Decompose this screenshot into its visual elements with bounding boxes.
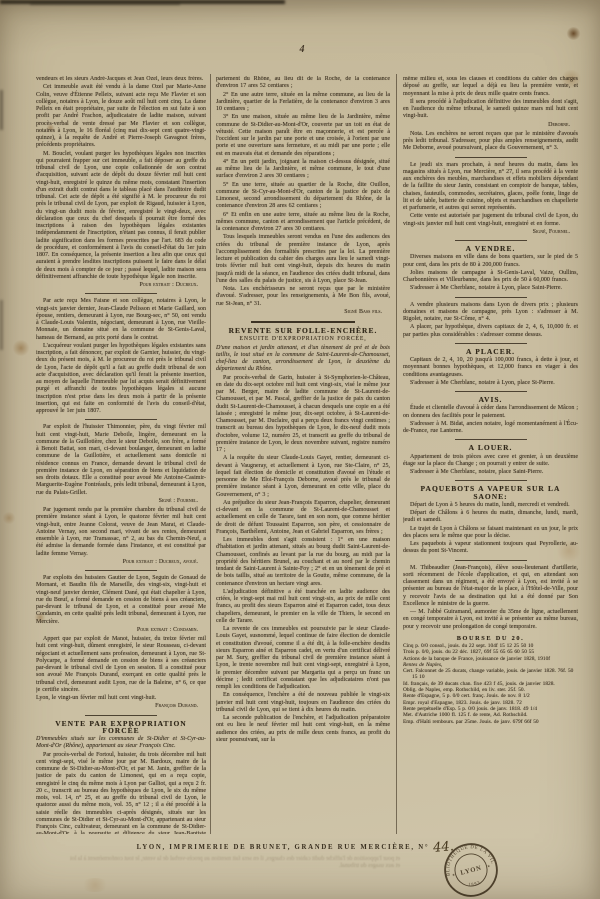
body-paragraph: La revente de ces immeubles est poursuiv… [216, 626, 390, 691]
imprint-text: LYON, IMPRIMERIE DE BRUNET, GRANDE RUE M… [137, 844, 430, 851]
body-paragraph: 5° En une terre, située au quartier de l… [216, 182, 390, 211]
section-heading: REVENTE SUR FOLLE-ENCHÈRE. [216, 327, 390, 334]
section-divider [251, 321, 355, 323]
section-heading: A PLACER. [403, 348, 578, 355]
page-number: 4 [290, 44, 314, 55]
page-edge-nick [0, 300, 3, 350]
body-paragraph: partement du Rhône, au lieu dit de la Ro… [216, 76, 390, 91]
signature-line: Signé Bass fils. [216, 309, 390, 316]
body-paragraph: Diverses maisons en ville dans de bons q… [403, 254, 578, 269]
body-paragraph: même milieu et, sous les clauses et cond… [403, 76, 578, 98]
signature-line: Pour extrait : Ducreux, avoué. [36, 559, 206, 566]
section-divider [455, 157, 527, 158]
body-paragraph: L'adjudication définitive a été tranchée… [216, 589, 390, 625]
stamp-center-text: LYON [460, 865, 483, 877]
section-heading: A LOUER. [403, 444, 578, 451]
body-paragraph: 6° Et enfin en une autre terre, située a… [216, 212, 390, 234]
verso-show-through: et pour l'apposition de l'affiche dudit … [70, 856, 400, 870]
body-paragraph: Les immeubles dont s'agit consistent : 1… [216, 537, 390, 588]
body-paragraph: Le trajet de Lyon à Châlons se faisant m… [403, 526, 578, 541]
signature-line: Signé, Fournel. [403, 229, 578, 236]
body-paragraph: A placer, par hypothèque, divers capitau… [403, 324, 578, 339]
foxing-spot [566, 27, 581, 40]
column-right: même milieu et, sous les clauses et cond… [403, 76, 578, 834]
column-divider [210, 74, 211, 834]
body-paragraph: S'adresser à Me Cherblanc, notaire à Lyo… [403, 285, 578, 292]
body-paragraph: Par exploit de l'huissier Thimonnier, pè… [36, 424, 206, 497]
column-left: vendeurs et les sieurs André-Jacques et … [36, 76, 206, 834]
signature-line: Signé : Fournel. [36, 498, 206, 505]
body-paragraph: Appartement de trois pièces avec cave et… [403, 454, 578, 469]
body-paragraph: S'adresser à Me Cherblanc, notaire à Lyo… [403, 380, 578, 387]
column-middle: partement du Rhône, au lieu dit de la Ro… [216, 76, 390, 834]
body-paragraph: En conséquence, l'enchère a été de nouve… [216, 692, 390, 714]
body-paragraph: — M. l'abbé Guiramand, aumonier du 35me … [403, 609, 578, 631]
body-paragraph: 3° En une maison, située au même lieu de… [216, 114, 390, 158]
body-paragraph: Capitaux de 2, 4, 10, 20 jusqu'à 100,000… [403, 357, 578, 379]
column-divider [396, 74, 397, 834]
body-paragraph: Jolies maisons de campagne à St-Genis-La… [403, 270, 578, 285]
page-edge-nick [0, 90, 3, 130]
body-paragraph: La seconde publication de l'enchère, et … [216, 715, 390, 744]
body-paragraph: vendeurs et les sieurs André-Jacques et … [36, 76, 206, 83]
stamp-year-text: 1893 [467, 879, 481, 888]
body-paragraph: Cette vente est autorisée par jugement d… [403, 213, 578, 228]
imprint-line: LYON, IMPRIMERIE DE BRUNET, GRANDE RUE M… [0, 838, 590, 853]
section-subtitle: D'une maison et jardin attenant, et d'un… [216, 345, 390, 374]
body-paragraph: Il sera procédé à l'adjudication définit… [403, 99, 578, 121]
section-divider [85, 419, 157, 420]
body-paragraph: Le jeudi six mars prochain, à neuf heure… [403, 162, 578, 213]
body-paragraph: Étude et clientelle d'avoué à céder dans… [403, 405, 578, 420]
section-divider [85, 570, 157, 571]
body-paragraph: Cet immeuble avait été vendu à la dame O… [36, 84, 206, 149]
body-paragraph: Par acte reçu Mes Faisne et son collègue… [36, 298, 206, 342]
page-edge-shadow [0, 0, 285, 4]
body-paragraph: M. Thibeaudier (Jean-François), élève so… [403, 565, 578, 609]
page-edge-shadow [30, 3, 180, 5]
foxing-spot [12, 340, 30, 356]
body-paragraph: Appert que par exploit de Manot, huissie… [36, 636, 206, 694]
section-heading: PAQUEBOTS A VAPEUR SUR LA SAONE: [403, 485, 578, 500]
foxing-spot [2, 512, 16, 524]
signature-line: Pour extrait : Condamin. [36, 627, 206, 634]
section-divider [85, 715, 157, 716]
bourse-quote-line: Cert. Falconnet de 25 ducats, change var… [403, 668, 578, 681]
body-paragraph: Lyon, le vingt-un février mil huit cent … [36, 695, 206, 702]
section-divider [455, 297, 527, 298]
body-paragraph: Par procès-verbal de Garin, huissier à S… [216, 375, 390, 455]
body-paragraph: S'adresser à M. Bidat, ancien notaire, l… [403, 421, 578, 436]
section-subtitle: D'immeubles situés sur les communes de S… [36, 736, 206, 751]
body-paragraph: Par exploits des huissiers Gautier de Ly… [36, 575, 206, 626]
body-paragraph: Nota. Les enchères ne seront reçues que … [403, 131, 578, 153]
signature-line: Deborne. [403, 122, 578, 129]
body-paragraph: Par jugement rendu par la première chamb… [36, 507, 206, 558]
section-subtitle: ENSUITE D'EXPROPRIATION FORCÉE, [216, 336, 390, 343]
body-paragraph: Au préjudice du sieur Jean-François Espa… [216, 500, 390, 536]
body-paragraph: 2° En une autre terre, située en la même… [216, 92, 390, 114]
signature-line: Pour extrait : Ducreux. [36, 282, 206, 289]
body-paragraph: L'acquéreur voulant purger les hypothèqu… [36, 343, 206, 416]
section-heading: VENTE PAR EXPROPRIATION FORCÉE [36, 720, 206, 735]
section-divider [455, 391, 527, 392]
newspaper-page: 4 vendeurs et les sieurs André-Jacques e… [0, 0, 600, 899]
body-paragraph: S'adresser à Me Cherblanc, notaire, plac… [403, 469, 578, 476]
section-heading: BOURSE DU 20. [403, 635, 578, 642]
body-paragraph: Par procès-verbal de Fortoul, huissier, … [36, 752, 206, 835]
body-paragraph: Tous lesquels immeubles seront vendus en… [216, 234, 390, 285]
body-paragraph: A la requête du sieur Claude-Louis Gayet… [216, 455, 390, 499]
body-paragraph: Les paquebots à vapeur stationnent toujo… [403, 541, 578, 556]
section-divider [455, 560, 527, 561]
body-paragraph: Départ de Châlons à 6 heures du matin, d… [403, 510, 578, 525]
body-paragraph: A vendre plusieurs maisons dans Lyon de … [403, 302, 578, 324]
section-heading: AVIS. [403, 396, 578, 403]
body-paragraph: Nota. Les enchérisseurs ne seront reçus … [216, 286, 390, 308]
bourse-quote-line: Emp. d'Haïti rembours. par 25me. Jouis. … [403, 719, 578, 725]
signature-line: François Durand. [36, 703, 206, 710]
section-divider [455, 343, 527, 344]
body-paragraph: Départ de Lyon à 5 heures du matin, lund… [403, 502, 578, 509]
body-paragraph: M. Bouclet, voulant purger les hypothèqu… [36, 151, 206, 282]
section-divider [455, 240, 527, 241]
section-heading: A VENDRE. [403, 245, 578, 252]
section-divider [85, 293, 157, 294]
body-paragraph: 4° En un petit jardin, joignant la maiso… [216, 159, 390, 181]
section-divider [455, 480, 527, 481]
section-divider [455, 439, 527, 440]
foxing-spot [80, 878, 110, 892]
